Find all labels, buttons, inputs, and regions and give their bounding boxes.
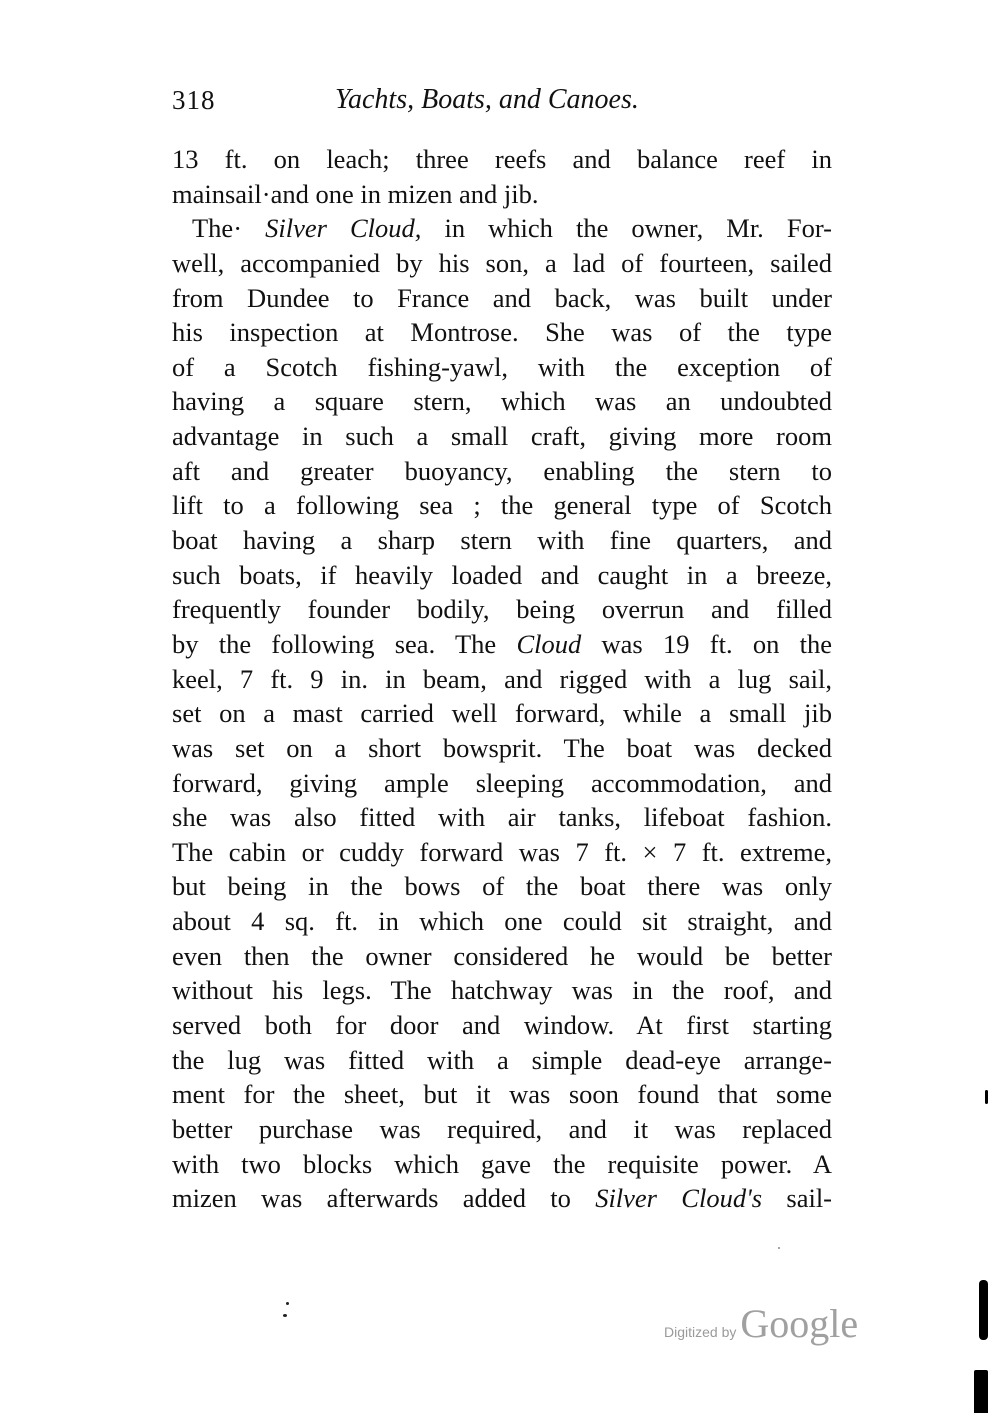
page-edge-mark [974, 1370, 988, 1413]
ship-name: Silver Cloud, [265, 213, 421, 243]
body-text: 13 ft. on leach; three reefs and balance… [172, 142, 832, 1216]
text-line: The cabin or cuddy forward was 7 ft. × 7… [172, 835, 832, 870]
text-line: about 4 sq. ft. in which one could sit s… [172, 904, 832, 939]
text-line: advantage in such a small craft, giving … [172, 419, 832, 454]
running-head: 318 Yachts, Boats, and Canoes. [172, 80, 832, 120]
book-title: Yachts, Boats, and Canoes. [335, 80, 639, 120]
google-logo: Google [740, 1301, 858, 1346]
page-number: 318 [172, 80, 216, 120]
page-edge-mark [979, 1280, 988, 1340]
watermark-prefix: Digitized by [664, 1324, 736, 1340]
scan-speck [778, 1247, 780, 1249]
text-line: boat having a sharp stern with fine quar… [172, 523, 832, 558]
text-line: lift to a following sea ; the general ty… [172, 488, 832, 523]
text-line: even then the owner considered he would … [172, 939, 832, 974]
text-line: from Dundee to France and back, was buil… [172, 281, 832, 316]
text-line: was set on a short bowsprit. The boat wa… [172, 731, 832, 766]
text-line: forward, giving ample sleeping accommoda… [172, 766, 832, 801]
text-line: having a square stern, which was an undo… [172, 384, 832, 419]
text-line: well, accompanied by his son, a lad of f… [172, 246, 832, 281]
text-line: better purchase was required, and it was… [172, 1112, 832, 1147]
digitized-by-watermark: Digitized by Google [664, 1300, 858, 1350]
text-line: by the following sea. The Cloud was 19 f… [172, 627, 832, 662]
text-line: ment for the sheet, but it was soon foun… [172, 1077, 832, 1112]
text-line: served both for door and window. At firs… [172, 1008, 832, 1043]
text-line: his inspection at Montrose. She was of t… [172, 315, 832, 350]
text-line: mizen was afterwards added to Silver Clo… [172, 1181, 832, 1216]
text-line: set on a mast carried well forward, whil… [172, 696, 832, 731]
text-line: such boats, if heavily loaded and caught… [172, 558, 832, 593]
text-line: but being in the bows of the boat there … [172, 869, 832, 904]
book-page: 318 Yachts, Boats, and Canoes. 13 ft. on… [0, 0, 988, 1413]
text-line: without his legs. The hatchway was in th… [172, 973, 832, 1008]
text-line: The· Silver Cloud, in which the owner, M… [172, 211, 832, 246]
text-line: keel, 7 ft. 9 in. in beam, and rigged wi… [172, 662, 832, 697]
text-line: aft and greater buoyancy, enabling the s… [172, 454, 832, 489]
text-line: frequently founder bodily, being overrun… [172, 592, 832, 627]
text-line: mainsail·and one in mizen and jib. [172, 177, 832, 212]
ship-name: Cloud [516, 629, 581, 659]
ship-name: Silver Cloud's [595, 1183, 762, 1213]
scan-speck [283, 1314, 287, 1317]
text-line: of a Scotch fishing-yawl, with the excep… [172, 350, 832, 385]
text-line: the lug was fitted with a simple dead-ey… [172, 1043, 832, 1078]
text-line: she was also fitted with air tanks, life… [172, 800, 832, 835]
scan-speck [286, 1302, 289, 1305]
text-line: with two blocks which gave the requisite… [172, 1147, 832, 1182]
text-line: 13 ft. on leach; three reefs and balance… [172, 142, 832, 177]
